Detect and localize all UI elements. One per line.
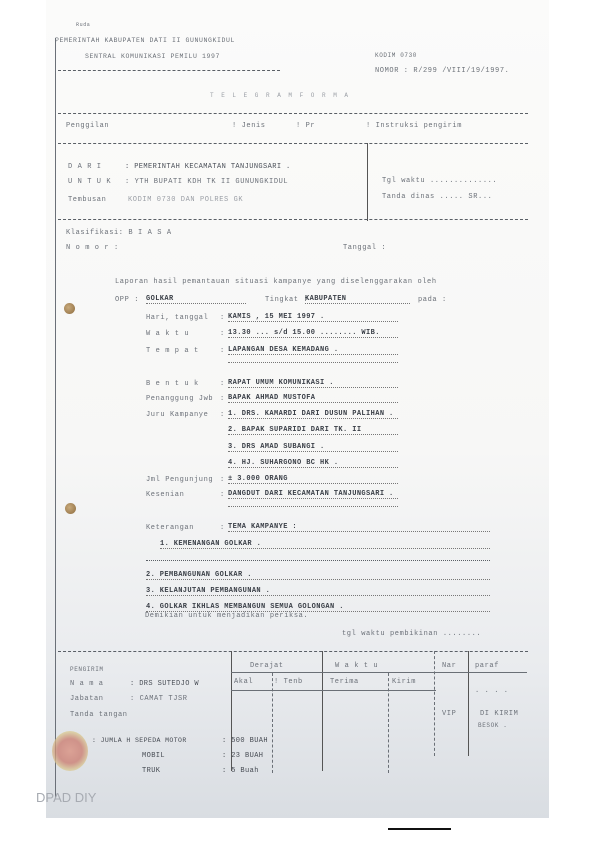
routing-mid-rule (58, 143, 528, 144)
pada-label: pada : (418, 296, 447, 304)
field-value: 13.30 ... s/d 15.00 ........ WIB. (228, 329, 398, 338)
footer-top-rule (58, 651, 528, 652)
routing-top-rule (58, 113, 528, 114)
field-value: RAPAT UMUM KOMUNIKASI . (228, 379, 398, 388)
nama-label: N a m a (70, 680, 104, 688)
ops-value: GOLKAR (146, 295, 246, 304)
col-jenis: ! Jenis (232, 122, 266, 130)
page-marker-bar (388, 828, 451, 830)
col-penggilan: Penggilan (66, 122, 109, 130)
field-colon: : (220, 347, 225, 355)
field-label: Keterangan (146, 524, 194, 532)
issuer-line-2: SENTRAL KOMUNIKASI PEMILU 1997 (85, 53, 220, 60)
vehicle-count: : 23 BUAH (222, 752, 263, 760)
paraf-header: paraf (475, 662, 499, 670)
field-value: KAMIS , 15 MEI 1997 . (228, 313, 398, 322)
terima-header: Terima (330, 678, 359, 686)
field-value: DANGDUT DARI KECAMATAN TANJUNGSARI . (228, 490, 398, 499)
field-value (228, 362, 398, 363)
field-colon: : (220, 411, 225, 419)
vehicle-count: : 500 BUAH (222, 737, 268, 745)
dari-label: D A R I (68, 163, 102, 171)
jumlah-kendaraan: : JUMLA H SEPEDA MOTOR (92, 737, 187, 744)
left-margin-line (55, 38, 56, 798)
vehicle-label: MOBIL (142, 752, 165, 760)
field-value: 3. DRS AMAD SUBANGI . (228, 443, 398, 452)
field-label: Penanggung Jwb (146, 395, 213, 403)
punch-hole-top (64, 303, 75, 314)
watermark: DPAD DIY (36, 790, 96, 805)
field-colon: : (220, 491, 225, 499)
pengirim-label: PENGIRIM (70, 666, 104, 673)
footer-divider-3 (434, 651, 435, 756)
nomor: N o m o r : (66, 244, 119, 252)
tgl-waktu: Tgl waktu .............. (382, 177, 497, 185)
field-value: 1. DRS. KAMARDI DARI DUSUN PALIHAN . (228, 410, 398, 419)
header-right-1: KODIM 0730 (375, 52, 417, 59)
tenb-header: ! Tenb (274, 678, 303, 686)
kirim-header: Kirim (392, 678, 416, 686)
waktu-header: W a k t u (335, 662, 378, 670)
col-instruksi: ! Instruksi pengirim (366, 122, 462, 130)
field-label: Jml Pengunjung (146, 476, 213, 484)
document-number: NOMOR : R/299 /VIII/19/1997. (375, 67, 509, 75)
field-value: 2. BAPAK SUPARIDI DARI TK. II (228, 426, 398, 435)
tembusan-value: KODIM 0730 DAN POLRES GK (128, 196, 243, 204)
ops-prefix: OPP : (115, 296, 139, 304)
dotted-line (146, 560, 490, 561)
footer-divider-6 (388, 673, 389, 773)
vehicle-label: TRUK (142, 767, 160, 775)
note-item: 3. KELANJUTAN PEMBANGUNAN . (146, 587, 490, 596)
field-colon: : (220, 314, 225, 322)
akal-header: Akal (234, 678, 253, 686)
tgl-pembikinan: tgl waktu pembikinan ........ (342, 630, 481, 638)
paraf-dots: . . . . (475, 687, 509, 695)
corner-mark: Ruda (76, 22, 90, 28)
tembusan-label: Tembusan (68, 196, 106, 204)
derajat-header: Derajat (250, 662, 284, 670)
field-colon: : (220, 395, 225, 403)
form-title: T E L E G R A M F O R M A (210, 92, 350, 99)
note-item: 1. KEMENANGAN GOLKAR . (160, 540, 490, 549)
field-value (228, 506, 398, 507)
untuk-label: U N T U K (68, 178, 111, 186)
note-item: 4. GOLKAR IKHLAS MEMBANGUN SEMUA GOLONGA… (146, 603, 490, 612)
di-kirim: DI KIRIM (480, 710, 518, 718)
tanggal: Tanggal : (343, 244, 386, 252)
field-label: T e m p a t (146, 347, 199, 355)
dari-value: : PEMERINTAH KECAMATAN TANJUNGSARI . (125, 163, 291, 171)
col-pr: ! Pr (296, 122, 315, 130)
field-value: ± 3.000 ORANG (228, 475, 398, 484)
nama-value: : DRS SUTEDJO W (130, 680, 199, 688)
archive-seal-icon (52, 731, 88, 771)
field-colon: : (220, 330, 225, 338)
field-value: LAPANGAN DESA KEMADANG . (228, 346, 398, 355)
vehicle-count: : 5 Buah (222, 767, 259, 775)
tingkat-value: KABUPATEN (305, 295, 410, 304)
punch-hole-bottom (65, 503, 76, 514)
vip-mark: VIP (442, 710, 456, 718)
jabatan-label: Jabatan (70, 695, 104, 703)
routing-divider (367, 143, 368, 221)
untuk-value: : YTH BUPATI KDH TK II GUNUNGKIDUL (125, 178, 288, 186)
footer-divider-5 (272, 673, 273, 773)
intro-text: Laporan hasil pemantauan situasi kampany… (115, 278, 437, 286)
field-value: TEMA KAMPANYE : (228, 523, 490, 532)
field-label: Juru Kampanye (146, 411, 208, 419)
field-label: W a k t u (146, 330, 189, 338)
header-rule (58, 70, 280, 71)
issuer-line-1: PEMERINTAH KABUPATEN DATI II GUNUNGKIDUL (55, 37, 235, 44)
field-label: Kesenian (146, 491, 184, 499)
field-label: B e n t u k (146, 380, 199, 388)
tingkat-label: Tingkat : (265, 296, 308, 304)
field-value: BAPAK AHMAD MUSTOFA (228, 394, 398, 403)
di-kirim-2: BESOK . (478, 722, 507, 729)
closing-text: Demikian untuk menjadikan periksa. (145, 612, 308, 620)
footer-divider-4 (468, 651, 469, 756)
klasifikasi: Klasifikasi: B I A S A (66, 229, 172, 237)
footer-divider-2 (322, 651, 323, 771)
tanda-tangan-label: Tanda tangan (70, 711, 128, 719)
tanda-dinas: Tanda dinas ..... SR... (382, 193, 492, 201)
field-label: Hari, tanggal (146, 314, 208, 322)
nar-header: Nar (442, 662, 456, 670)
field-value: 4. HJ. SUHARGONO BC HK . (228, 459, 398, 468)
field-colon: : (220, 476, 225, 484)
note-item: 2. PEMBANGUNAN GOLKAR . (146, 571, 490, 580)
routing-bottom-rule (58, 219, 528, 220)
footer-subheader-rule (231, 690, 436, 691)
jabatan-value: : CAMAT TJSR (130, 695, 188, 703)
field-colon: : (220, 524, 225, 532)
field-colon: : (220, 380, 225, 388)
footer-header-rule (231, 672, 527, 673)
